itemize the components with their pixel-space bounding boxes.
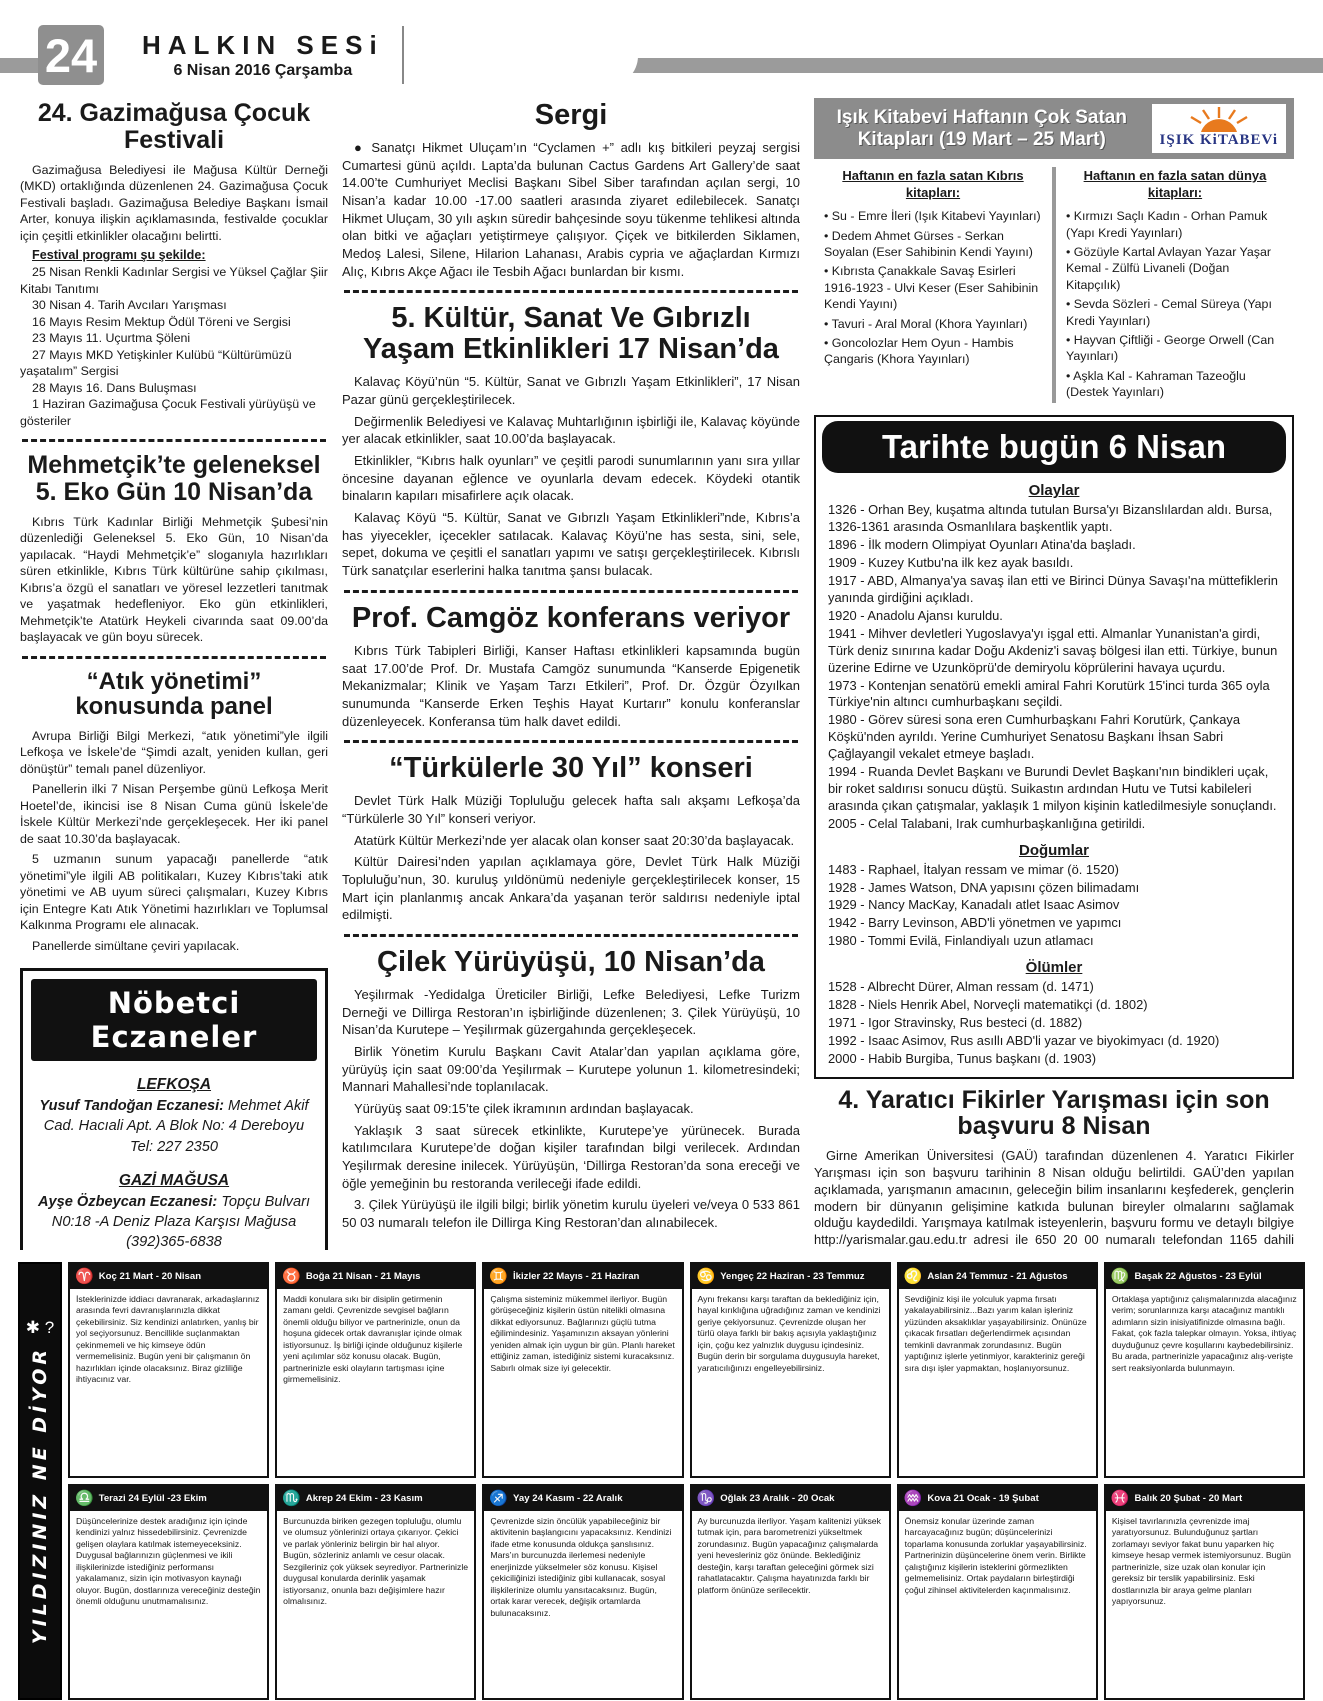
history-event: 1994 - Ruanda Devlet Başkanı ve Burundi … — [828, 764, 1280, 815]
history-event: 1917 - ABD, Almanya'ya savaş ilan etti v… — [828, 573, 1280, 607]
sign-title: Akrep 24 Ekim - 23 Kasım — [306, 1493, 423, 1504]
article-paragraph: Yeşilırmak -Yedidalga Üreticiler Birliği… — [342, 986, 800, 1039]
today-in-history-title: Tarihte bugün 6 Nisan — [822, 421, 1286, 473]
article-title: 4. Yaratıcı Fikirler Yarışması için son … — [814, 1087, 1294, 1141]
births-heading: Doğumlar — [828, 842, 1280, 859]
history-birth: 1942 - Barry Levinson, ABD'li yönetmen v… — [828, 915, 1280, 932]
sign-title: İkizler 22 Mayıs - 21 Haziran — [513, 1271, 639, 1282]
sign-dates: 21 Nisan - 21 Mayıs — [333, 1271, 421, 1282]
sign-dates: 24 Kasım - 22 Aralık — [532, 1493, 622, 1504]
article-paragraph: Panellerde simültane çeviri yapılacak. — [20, 938, 328, 955]
sign-title: Terazi 24 Eylül -23 Ekim — [99, 1493, 207, 1504]
sign-name: Balık — [1135, 1493, 1158, 1504]
dashed-divider — [344, 290, 798, 293]
sign-title: Balık 20 Şubat - 20 Mart — [1135, 1493, 1243, 1504]
horoscope-basak: ♍Başak 22 Ağustos - 23 Eylül Ortaklaşa y… — [1104, 1262, 1305, 1478]
sign-text: Kişisel tavırlarınızla çevrenizde imaj y… — [1106, 1511, 1303, 1613]
horoscope-ikizler: ♊İkizler 22 Mayıs - 21 Haziran Çalışma s… — [482, 1262, 683, 1478]
sign-title: Koç 21 Mart - 20 Nisan — [99, 1271, 201, 1282]
pharmacy-city: GAZİ MAĞUSA — [31, 1172, 317, 1190]
sagittarius-zodiac-icon: ♐ — [489, 1491, 508, 1506]
horoscope-section: ✱ ? YILDIZINIZ NE DİYOR ♈Koç 21 Mart - 2… — [18, 1262, 1305, 1700]
world-books-list: Haftanın en fazla satan dünya kitapları:… — [1052, 167, 1294, 403]
sign-text: Ay burcunuzda ilerliyor. Yaşam kaliteniz… — [692, 1511, 889, 1601]
masthead-date: 6 Nisan 2016 Çarşamba — [142, 62, 384, 80]
article-paragraph: ● Sanatçı Hikmet Uluçam’ın “Cyclamen +” … — [342, 139, 800, 280]
right-column: Işık Kitabevi Haftanın Çok Satan Kitapla… — [814, 94, 1294, 1250]
sign-text: Maddi konulara sıkı bir disiplin getirme… — [277, 1289, 474, 1391]
sign-name: Kova — [927, 1493, 950, 1504]
article-paragraph: Kalavaç Köyü’nün “5. Kültür, Sanat ve Gı… — [342, 373, 800, 408]
article-gazimagusa-festivali: 24. Gazimağusa Çocuk Festivali Gazimağus… — [20, 100, 328, 429]
scorpio-zodiac-icon: ♏ — [282, 1491, 301, 1506]
article-title: 24. Gazimağusa Çocuk Festivali — [20, 100, 328, 154]
sign-text: Ortaklaşa yaptığınız çalışmalarınızda al… — [1106, 1289, 1303, 1379]
article-paragraph: Değirmenlik Belediyesi ve Kalavaç Muhtar… — [342, 413, 800, 448]
dashed-divider — [344, 590, 798, 593]
pisces-zodiac-icon: ♓ — [1111, 1491, 1130, 1506]
history-birth: 1980 - Tommi Evilä, Finlandiyalı uzun at… — [828, 933, 1280, 950]
sign-name: Terazi — [99, 1493, 126, 1504]
sign-dates: 24 Eylül -23 Ekim — [128, 1493, 206, 1504]
horoscope-aslan: ♌Aslan 24 Temmuz - 21 Ağustos Sevdiğiniz… — [897, 1262, 1098, 1478]
article-camgoz-konferans: Prof. Camgöz konferans veriyor Kıbrıs Tü… — [342, 603, 800, 730]
program-line: 1 Haziran Gazimağusa Çocuk Festivali yür… — [20, 396, 328, 429]
festival-program-heading: Festival programı şu şekilde: — [20, 248, 328, 262]
isik-kitabevi-logo: IŞIK KiTABEVi — [1152, 104, 1286, 153]
sign-text: Burcunuzda biriken gezegen topluluğu, ol… — [277, 1511, 474, 1613]
sign-name: Oğlak — [720, 1493, 747, 1504]
article-paragraph: Kıbrıs Türk Kadınlar Birliği Mehmetçik Ş… — [20, 514, 328, 646]
article-paragraph: Etkinlikler, “Kıbrıs halk oyunları” ve ç… — [342, 452, 800, 505]
article-sergi: Sergi ● Sanatçı Hikmet Uluçam’ın “Cyclam… — [342, 100, 800, 280]
history-birth: 1928 - James Watson, DNA yapısını çözen … — [828, 880, 1280, 897]
sign-name: Yengeç — [720, 1271, 754, 1282]
sign-dates: 23 Aralık - 20 Ocak — [750, 1493, 835, 1504]
history-event: 1909 - Kuzey Kutbu'na ilk kez ayak basıl… — [828, 555, 1280, 572]
sign-dates: 24 Ekim - 23 Kasım — [336, 1493, 423, 1504]
article-paragraph: Panellerin ilki 7 Nisan Perşembe günü Le… — [20, 781, 328, 847]
sign-name: Boğa — [306, 1271, 330, 1282]
horoscope-boga: ♉Boğa 21 Nisan - 21 Mayıs Maddi konulara… — [275, 1262, 476, 1478]
article-paragraph: Birlik Yönetim Kurulu Başkanı Cavit Atal… — [342, 1043, 800, 1096]
pharmacy-city: LEFKOŞA — [31, 1076, 317, 1094]
history-death: 1992 - Isaac Asimov, Rus asıllı ABD'li y… — [828, 1033, 1280, 1050]
history-death: 2000 - Habib Burgiba, Tunus başkanı (d. … — [828, 1051, 1280, 1068]
article-paragraph: Devlet Türk Halk Müziği Topluluğu gelece… — [342, 792, 800, 827]
sign-name: Koç — [99, 1271, 117, 1282]
pharmacy-detail: Ayşe Özbeycan Eczanesi: Topçu Bulvarı N0… — [31, 1192, 317, 1250]
history-event: 1980 - Görev süresi sona eren Cumhurbaşk… — [828, 712, 1280, 763]
book-item: Dedem Ahmet Gürses - Serkan Soyalan (Ese… — [824, 228, 1042, 261]
horoscope-koc: ♈Koç 21 Mart - 20 Nisan İsteklerinizde i… — [68, 1262, 269, 1478]
history-event: 1326 - Orhan Bey, kuşatma altında tutula… — [828, 502, 1280, 536]
horoscope-yay: ♐Yay 24 Kasım - 22 Aralık Çevrenizde siz… — [482, 1484, 683, 1700]
program-line: 23 Mayıs 11. Uçurtma Şöleni — [20, 330, 328, 347]
main-content: 24. Gazimağusa Çocuk Festivali Gazimağus… — [0, 92, 1323, 1250]
page-header: 24 HALKIN SESi 6 Nisan 2016 Çarşamba — [0, 0, 1323, 92]
sign-title: Yengeç 22 Haziran - 23 Temmuz — [720, 1271, 864, 1282]
pharmacy-name: Yusuf Tandoğan Eczanesi: — [39, 1098, 224, 1114]
sign-title: Kova 21 Ocak - 19 Şubat — [927, 1493, 1038, 1504]
program-line: 27 Mayıs MKD Yetişkinler Kulübü “Kültürü… — [20, 347, 328, 380]
article-kultur-sanat-etkinlikleri: 5. Kültür, Sanat Ve Gıbrızlı Yaşam Etkin… — [342, 303, 800, 579]
sign-dates: 22 Ağustos - 23 Eylül — [1165, 1271, 1261, 1282]
sign-text: Düşüncelerinize destek aradığınız için i… — [70, 1511, 267, 1613]
article-atik-yonetimi-panel: “Atık yönetimi” konusunda panel Avrupa B… — [20, 669, 328, 955]
article-paragraph: Atatürk Kültür Merkezi’nde yer alacak ol… — [342, 832, 800, 850]
article-turkulerle-30-yil: “Türkülerle 30 Yıl” konseri Devlet Türk … — [342, 753, 800, 924]
asterisk-icon: ✱ ? — [26, 1318, 54, 1338]
article-title: Prof. Camgöz konferans veriyor — [342, 603, 800, 634]
sign-name: Aslan — [927, 1271, 953, 1282]
horoscope-terazi: ♎Terazi 24 Eylül -23 Ekim Düşünceleriniz… — [68, 1484, 269, 1700]
middle-column: Sergi ● Sanatçı Hikmet Uluçam’ın “Cyclam… — [342, 94, 800, 1250]
horoscope-sidebar-label: YILDIZINIZ NE DİYOR — [29, 1346, 51, 1644]
history-death: 1828 - Niels Henrik Abel, Norveçli matem… — [828, 997, 1280, 1014]
horoscope-balik: ♓Balık 20 Şubat - 20 Mart Kişisel tavırl… — [1104, 1484, 1305, 1700]
aquarius-zodiac-icon: ♒ — [904, 1491, 923, 1506]
article-title: 5. Kültür, Sanat Ve Gıbrızlı Yaşam Etkin… — [342, 303, 800, 365]
book-item: Kırmızı Saçlı Kadın - Orhan Pamuk (Yapı … — [1066, 208, 1284, 241]
article-paragraph: Kültür Dairesi’nden yapılan açıklamaya g… — [342, 853, 800, 924]
program-line: 25 Nisan Renkli Kadınlar Sergisi ve Yüks… — [20, 264, 328, 297]
article-paragraph: Yaklaşık 3 saat sürecek etkinlikte, Kuru… — [342, 1122, 800, 1193]
history-event: 1973 - Kontenjan senatörü emekli amiral … — [828, 678, 1280, 712]
article-paragraph: Yürüyüş saat 09:15’te çilek ikramının ar… — [342, 1100, 800, 1118]
history-birth: 1929 - Nancy MacKay, Kanadalı atlet Isaa… — [828, 897, 1280, 914]
sign-text: Aynı frekansı karşı taraftan da beklediğ… — [692, 1289, 889, 1379]
deaths-heading: Ölümler — [828, 959, 1280, 976]
sign-title: Yay 24 Kasım - 22 Aralık — [513, 1493, 623, 1504]
masthead: 24 HALKIN SESi 6 Nisan 2016 Çarşamba — [38, 24, 638, 86]
sign-name: Yay — [513, 1493, 530, 1504]
pharmacy-detail: Yusuf Tandoğan Eczanesi: Mehmet Akif Cad… — [31, 1096, 317, 1156]
libra-zodiac-icon: ♎ — [75, 1491, 94, 1506]
masthead-title: HALKIN SESi — [142, 30, 384, 61]
sign-dates: 20 Şubat - 20 Mart — [1160, 1493, 1242, 1504]
events-heading: Olaylar — [828, 482, 1280, 499]
sign-dates: 24 Temmuz - 21 Ağustos — [956, 1271, 1067, 1282]
article-yaratici-fikirler: 4. Yaratıcı Fikirler Yarışması için son … — [814, 1087, 1294, 1250]
article-mehmetcik-eko-gun: Mehmetçik’te geleneksel 5. Eko Gün 10 Ni… — [20, 452, 328, 646]
horoscope-kova: ♒Kova 21 Ocak - 19 Şubat Önemsiz konular… — [897, 1484, 1098, 1700]
masthead-divider — [402, 26, 404, 84]
sun-icon — [1176, 106, 1262, 132]
horoscope-grid: ♈Koç 21 Mart - 20 Nisan İsteklerinizde i… — [62, 1262, 1305, 1700]
dashed-divider — [22, 439, 326, 442]
book-item: Kıbrısta Çanakkale Savaş Esirleri 1916-1… — [824, 263, 1042, 312]
sign-text: İsteklerinizde iddiacı davranarak, arkad… — [70, 1289, 267, 1391]
dashed-divider — [344, 740, 798, 743]
pharmacy-entry: LEFKOŞA Yusuf Tandoğan Eczanesi: Mehmet … — [31, 1076, 317, 1156]
article-paragraph: Gazimağusa Belediyesi ile Mağusa Kültür … — [20, 162, 328, 245]
book-item: Aşkla Kal - Kahraman Tazeoğlu (Destek Ya… — [1066, 368, 1284, 401]
sign-title: Oğlak 23 Aralık - 20 Ocak — [720, 1493, 834, 1504]
horoscope-akrep: ♏Akrep 24 Ekim - 23 Kasım Burcunuzda bir… — [275, 1484, 476, 1700]
article-paragraph: Avrupa Birliği Bilgi Merkezi, “atık yöne… — [20, 728, 328, 778]
horoscope-yengec: ♋Yengeç 22 Haziran - 23 Temmuz Aynı frek… — [690, 1262, 891, 1478]
sign-text: Çalışma sisteminiz mükemmel ilerliyor. B… — [484, 1289, 681, 1379]
sign-dates: 22 Mayıs - 21 Haziran — [543, 1271, 640, 1282]
article-paragraph: Kalavaç Köyü “5. Kültür, Sanat ve Gıbrız… — [342, 509, 800, 580]
program-line: 16 Mayıs Resim Mektup Ödül Töreni ve Ser… — [20, 314, 328, 331]
horoscope-oglak: ♑Oğlak 23 Aralık - 20 Ocak Ay burcunuzda… — [690, 1484, 891, 1700]
dashed-divider — [344, 934, 798, 937]
duty-pharmacies-box: Nöbetci Eczaneler LEFKOŞA Yusuf Tandoğan… — [20, 968, 328, 1250]
article-title: Mehmetçik’te geleneksel 5. Eko Gün 10 Ni… — [20, 452, 328, 506]
article-cilek-yuruyusu: Çilek Yürüyüşü, 10 Nisan’da Yeşilırmak -… — [342, 947, 800, 1232]
book-item: Tavuri - Aral Moral (Khora Yayınları) — [824, 316, 1042, 332]
taurus-zodiac-icon: ♉ — [282, 1269, 301, 1284]
left-column: 24. Gazimağusa Çocuk Festivali Gazimağus… — [20, 94, 328, 1250]
cyprus-books-heading: Haftanın en fazla satan Kıbrıs kitapları… — [824, 167, 1042, 201]
horoscope-sidebar: ✱ ? YILDIZINIZ NE DİYOR — [18, 1262, 62, 1700]
sign-dates: 21 Ocak - 19 Şubat — [953, 1493, 1038, 1504]
book-item: Goncolozlar Hem Oyun - Hambis Çangaris (… — [824, 335, 1042, 368]
article-paragraph: 3. Çilek Yürüyüşü ile ilgili bilgi; birl… — [342, 1196, 800, 1231]
book-item: Gözüyle Kartal Avlayan Yazar Yaşar Kemal… — [1066, 244, 1284, 293]
pharmacy-name: Ayşe Özbeycan Eczanesi: — [38, 1194, 217, 1210]
article-title: “Türkülerle 30 Yıl” konseri — [342, 753, 800, 784]
world-books-heading: Haftanın en fazla satan dünya kitapları: — [1066, 167, 1284, 201]
history-event: 1920 - Anadolu Ajansı kuruldu. — [828, 608, 1280, 625]
book-item: Sevda Sözleri - Cemal Süreya (Yapı Kredi… — [1066, 296, 1284, 329]
sign-name: Akrep — [306, 1493, 333, 1504]
bestsellers-header: Işık Kitabevi Haftanın Çok Satan Kitapla… — [814, 98, 1294, 159]
history-event: 1896 - İlk modern Olimpiyat Oyunları Ati… — [828, 537, 1280, 554]
cancer-zodiac-icon: ♋ — [697, 1269, 716, 1284]
sign-title: Boğa 21 Nisan - 21 Mayıs — [306, 1271, 421, 1282]
history-event: 2005 - Celal Talabani, Irak cumhurbaşkan… — [828, 816, 1280, 833]
sign-dates: 21 Mart - 20 Nisan — [119, 1271, 201, 1282]
article-title: Sergi — [342, 100, 800, 131]
history-birth: 1483 - Raphael, İtalyan ressam ve mimar … — [828, 862, 1280, 879]
history-death: 1528 - Albrecht Dürer, Alman ressam (d. … — [828, 979, 1280, 996]
sign-title: Başak 22 Ağustos - 23 Eylül — [1135, 1271, 1262, 1282]
article-title: “Atık yönetimi” konusunda panel — [20, 669, 328, 720]
sign-name: İkizler — [513, 1271, 540, 1282]
cyprus-books-list: Haftanın en fazla satan Kıbrıs kitapları… — [814, 167, 1052, 403]
dashed-divider — [22, 656, 326, 659]
aries-zodiac-icon: ♈ — [75, 1269, 94, 1284]
bestsellers-title: Işık Kitabevi Haftanın Çok Satan Kitapla… — [822, 107, 1142, 151]
program-line: 28 Mayıs 16. Dans Buluşması — [20, 380, 328, 397]
book-item: Su - Emre İleri (Işık Kitabevi Yayınları… — [824, 208, 1042, 224]
sign-text: Çevrenizde sizin öncülük yapabileceğiniz… — [484, 1511, 681, 1624]
sign-title: Aslan 24 Temmuz - 21 Ağustos — [927, 1271, 1067, 1282]
bestsellers-box: Işık Kitabevi Haftanın Çok Satan Kitapla… — [814, 98, 1294, 403]
capricorn-zodiac-icon: ♑ — [697, 1491, 716, 1506]
program-line: 30 Nisan 4. Tarih Avcıları Yarışması — [20, 297, 328, 314]
sign-dates: 22 Haziran - 23 Temmuz — [756, 1271, 864, 1282]
isik-kitabevi-logo-text: IŞIK KiTABEVi — [1160, 132, 1278, 149]
sign-text: Önemsiz konular üzerinde zaman harcayaca… — [899, 1511, 1096, 1601]
pharmacy-entry: GAZİ MAĞUSA Ayşe Özbeycan Eczanesi: Topç… — [31, 1172, 317, 1250]
page-number: 24 — [38, 25, 104, 85]
book-item: Hayvan Çiftliği - George Orwell (Can Yay… — [1066, 332, 1284, 365]
gemini-zodiac-icon: ♊ — [489, 1269, 508, 1284]
pharmacies-banner: Nöbetci Eczaneler — [31, 979, 317, 1061]
article-paragraph: Kıbrıs Türk Tabipleri Birliği, Kanser Ha… — [342, 642, 800, 730]
sign-name: Başak — [1135, 1271, 1163, 1282]
article-paragraph: 5 uzmanın sunum yapacağı panellerde “atı… — [20, 851, 328, 934]
sign-text: Sevdiğiniz kişi ile yolculuk yapma fırsa… — [899, 1289, 1096, 1379]
today-in-history-box: Tarihte bugün 6 Nisan Olaylar 1326 - Orh… — [814, 415, 1294, 1078]
leo-zodiac-icon: ♌ — [904, 1269, 923, 1284]
article-paragraph: Girne Amerikan Üniversitesi (GAÜ) tarafı… — [814, 1148, 1294, 1250]
article-title: Çilek Yürüyüşü, 10 Nisan’da — [342, 947, 800, 978]
history-event: 1941 - Mihver devletleri Yugoslavya'yı i… — [828, 626, 1280, 677]
history-death: 1971 - Igor Stravinsky, Rus besteci (d. … — [828, 1015, 1280, 1032]
virgo-zodiac-icon: ♍ — [1111, 1269, 1130, 1284]
